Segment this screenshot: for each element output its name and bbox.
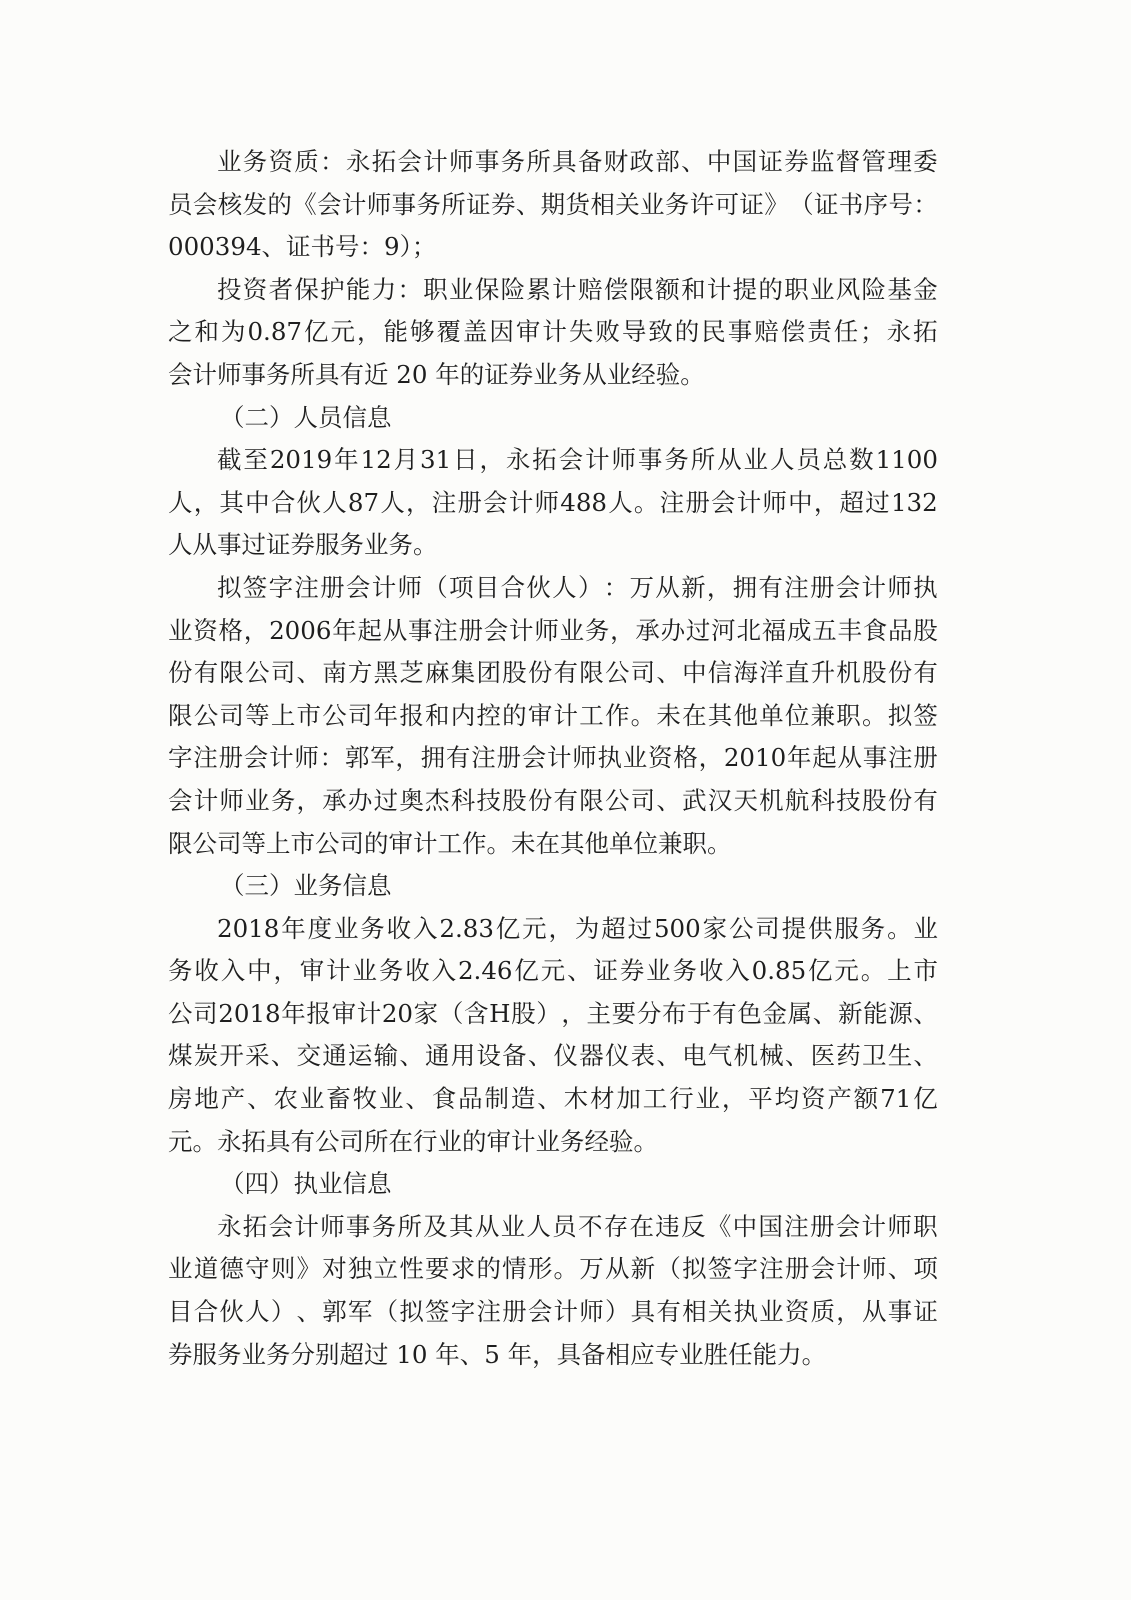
text-line: 业道德守则》对独立性要求的情形。万从新（拟签字注册会计师、项 (168, 1248, 938, 1291)
paragraph-business-qualification: 业务资质：永拓会计师事务所具备财政部、中国证券监督管理委 员会核发的《会计师事务… (168, 141, 938, 269)
text-line: 务收入中，审计业务收入2.46亿元、证券业务收入0.85亿元。上市 (168, 950, 938, 993)
text-line: 人，其中合伙人87人，注册会计师488人。注册会计师中，超过132 (168, 482, 938, 525)
text-line: 2018年度业务收入2.83亿元，为超过500家公司提供服务。业 (168, 908, 938, 951)
text-line: 元。永拓具有公司所在行业的审计业务经验。 (168, 1121, 938, 1164)
paragraph-signing-accountants: 拟签字注册会计师（项目合伙人）：万从新，拥有注册会计师执 业资格，2006年起从… (168, 567, 938, 865)
text-line: 业务资质：永拓会计师事务所具备财政部、中国证券监督管理委 (168, 141, 938, 184)
section-heading-practice: （四）执业信息 (168, 1163, 938, 1206)
text-line: 员会核发的《会计师事务所证券、期货相关业务许可证》（证书序号： (168, 184, 938, 227)
text-line: 拟签字注册会计师（项目合伙人）：万从新，拥有注册会计师执 (168, 567, 938, 610)
text-line: 公司2018年报审计20家（含H股），主要分布于有色金属、新能源、 (168, 993, 938, 1036)
text-line: 000394、证书号：9）； (168, 226, 938, 269)
document-body: 业务资质：永拓会计师事务所具备财政部、中国证券监督管理委 员会核发的《会计师事务… (168, 141, 938, 1376)
text-line: 限公司等上市公司的审计工作。未在其他单位兼职。 (168, 823, 938, 866)
text-line: 会计师事务所具有近 20 年的证券业务从业经验。 (168, 354, 938, 397)
paragraph-practice-info: 永拓会计师事务所及其从业人员不存在违反《中国注册会计师职 业道德守则》对独立性要… (168, 1206, 938, 1376)
paragraph-business-info: 2018年度业务收入2.83亿元，为超过500家公司提供服务。业 务收入中，审计… (168, 908, 938, 1164)
section-heading-business: （三）业务信息 (168, 865, 938, 908)
paragraph-personnel-info: 截至2019年12月31日，永拓会计师事务所从业人员总数1100 人，其中合伙人… (168, 439, 938, 567)
document-page: 业务资质：永拓会计师事务所具备财政部、中国证券监督管理委 员会核发的《会计师事务… (0, 0, 1131, 1600)
section-heading: （三）业务信息 (168, 865, 938, 908)
section-heading-personnel: （二）人员信息 (168, 397, 938, 440)
section-heading: （二）人员信息 (168, 397, 938, 440)
section-heading: （四）执业信息 (168, 1163, 938, 1206)
text-line: 煤炭开采、交通运输、通用设备、仪器仪表、电气机械、医药卫生、 (168, 1035, 938, 1078)
text-line: 字注册会计师：郭军，拥有注册会计师执业资格，2010年起从事注册 (168, 737, 938, 780)
text-line: 投资者保护能力：职业保险累计赔偿限额和计提的职业风险基金 (168, 269, 938, 312)
paragraph-investor-protection: 投资者保护能力：职业保险累计赔偿限额和计提的职业风险基金 之和为0.87亿元，能… (168, 269, 938, 397)
text-line: 截至2019年12月31日，永拓会计师事务所从业人员总数1100 (168, 439, 938, 482)
text-line: 份有限公司、南方黑芝麻集团股份有限公司、中信海洋直升机股份有 (168, 652, 938, 695)
text-line: 会计师业务，承办过奥杰科技股份有限公司、武汉天机航科技股份有 (168, 780, 938, 823)
text-line: 人从事过证券服务业务。 (168, 524, 938, 567)
text-line: 业资格，2006年起从事注册会计师业务，承办过河北福成五丰食品股 (168, 610, 938, 653)
text-line: 之和为0.87亿元，能够覆盖因审计失败导致的民事赔偿责任；永拓 (168, 311, 938, 354)
text-line: 目合伙人）、郭军（拟签字注册会计师）具有相关执业资质，从事证 (168, 1291, 938, 1334)
text-line: 永拓会计师事务所及其从业人员不存在违反《中国注册会计师职 (168, 1206, 938, 1249)
text-line: 房地产、农业畜牧业、食品制造、木材加工行业，平均资产额71亿 (168, 1078, 938, 1121)
text-line: 券服务业务分别超过 10 年、5 年，具备相应专业胜任能力。 (168, 1334, 938, 1377)
text-line: 限公司等上市公司年报和内控的审计工作。未在其他单位兼职。拟签 (168, 695, 938, 738)
